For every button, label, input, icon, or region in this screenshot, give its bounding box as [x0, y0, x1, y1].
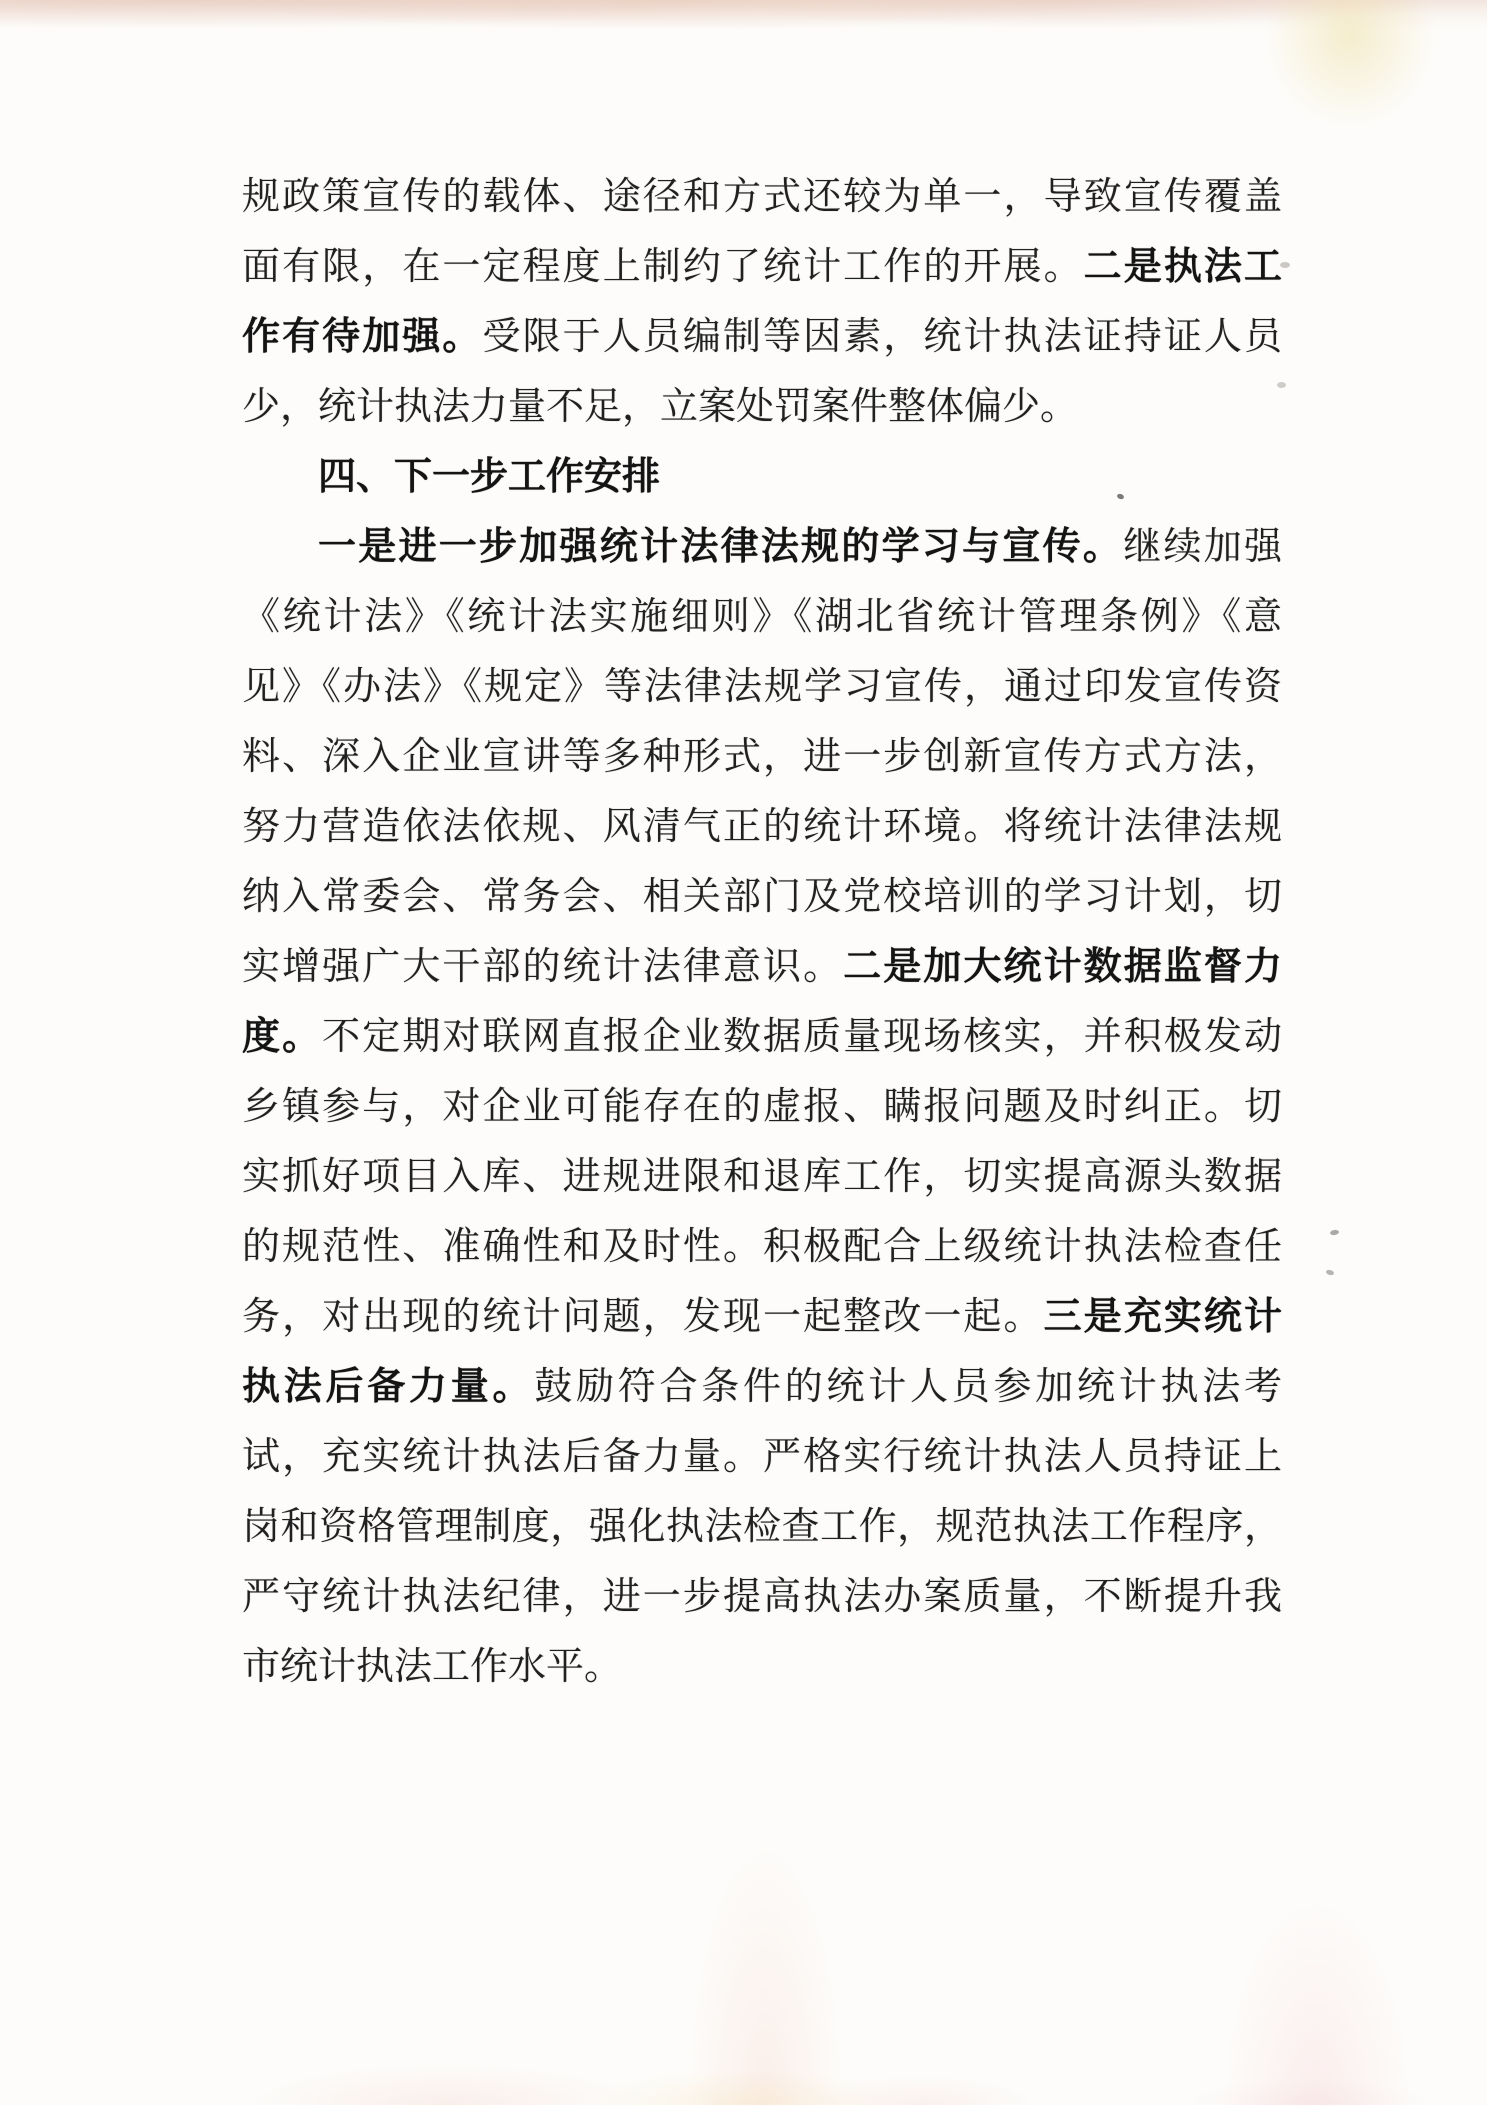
body-text: 鼓励符合条件的统计人员参加统计执法考: [534, 1366, 1282, 1408]
body-text: 面有限，在一定程度上制约了统计工作的开展。: [242, 246, 1084, 288]
document-text-block: 规政策宣传的载体、途径和方式还较为单一，导致宣传覆盖面有限，在一定程度上制约了统…: [242, 162, 1282, 1702]
body-text: 严守统计执法纪律，进一步提高执法办案质量，不断提升我: [242, 1576, 1282, 1618]
ink-speck: [1325, 1269, 1334, 1276]
text-line-16: 的规范性、准确性和及时性。积极配合上级统计执法检查任: [242, 1212, 1282, 1282]
body-text: 的规范性、准确性和及时性。积极配合上级统计执法检查任: [242, 1226, 1282, 1268]
text-line-8: 见》《办法》《规定》等法律法规学习宣传，通过印发宣传资: [242, 652, 1282, 722]
text-line-14: 乡镇参与，对企业可能存在的虚报、瞒报问题及时纠正。切: [242, 1072, 1282, 1142]
emphasis-text: 执法后备力量。: [242, 1366, 534, 1408]
text-line-6: 一是进一步加强统计法律法规的学习与宣传。继续加强: [242, 512, 1282, 582]
text-line-11: 纳入常委会、常务会、相关部门及党校培训的学习计划，切: [242, 862, 1282, 932]
text-line-15: 实抓好项目入库、进规进限和退库工作，切实提高源头数据: [242, 1142, 1282, 1212]
text-line-22: 市统计执法工作水平。: [242, 1632, 1282, 1702]
body-text: 继续加强: [1123, 526, 1282, 568]
scan-artifact-pink-streak-right: [1190, 1790, 1420, 2105]
body-text: 少，统计执法力量不足，立案处罚案件整体偏少。: [242, 386, 1078, 428]
text-line-10: 努力营造依法依规、风清气正的统计环境。将统计法律法规: [242, 792, 1282, 862]
body-text: 纳入常委会、常务会、相关部门及党校培训的学习计划，切: [242, 876, 1282, 918]
text-line-12: 实增强广大干部的统计法律意识。二是加大统计数据监督力: [242, 932, 1282, 1002]
scanned-document-page: 规政策宣传的载体、途径和方式还较为单一，导致宣传覆盖面有限，在一定程度上制约了统…: [0, 0, 1487, 2105]
text-line-13: 度。不定期对联网直报企业数据质量现场核实，并积极发动: [242, 1002, 1282, 1072]
text-line-1: 规政策宣传的载体、途径和方式还较为单一，导致宣传覆盖: [242, 162, 1282, 232]
text-line-7: 《统计法》《统计法实施细则》《湖北省统计管理条例》《意: [242, 582, 1282, 652]
body-text: 市统计执法工作水平。: [242, 1646, 622, 1688]
body-text: 规政策宣传的载体、途径和方式还较为单一，导致宣传覆盖: [242, 176, 1282, 218]
body-text: 实抓好项目入库、进规进限和退库工作，切实提高源头数据: [242, 1156, 1282, 1198]
body-text: 务，对出现的统计问题，发现一起整改一起。: [242, 1296, 1044, 1338]
scan-artifact-top-edge: [0, 0, 1487, 40]
emphasis-text: 三是充实统计: [1044, 1296, 1282, 1338]
section-heading: 四、下一步工作安排: [242, 442, 1282, 512]
body-text: 不定期对联网直报企业数据质量现场核实，并积极发动: [322, 1016, 1282, 1058]
body-text: 岗和资格管理制度，强化执法检查工作，规范执法工作程序，: [242, 1506, 1282, 1548]
body-text: 实增强广大干部的统计法律意识。: [242, 946, 843, 988]
text-line-20: 岗和资格管理制度，强化执法检查工作，规范执法工作程序，: [242, 1492, 1282, 1562]
text-line-18: 执法后备力量。鼓励符合条件的统计人员参加统计执法考: [242, 1352, 1282, 1422]
scan-artifact-pink-streak-center: [670, 1690, 860, 2105]
ink-speck: [1330, 1229, 1340, 1235]
text-line-9: 料、深入企业宣讲等多种形式，进一步创新宣传方式方法，: [242, 722, 1282, 792]
text-line-21: 严守统计执法纪律，进一步提高执法办案质量，不断提升我: [242, 1562, 1282, 1632]
scan-artifact-bottom-edge: [0, 2040, 1487, 2105]
body-text: 见》《办法》《规定》等法律法规学习宣传，通过印发宣传资: [242, 666, 1282, 708]
body-text: 《统计法》《统计法实施细则》《湖北省统计管理条例》《意: [242, 596, 1282, 638]
emphasis-text: 度。: [242, 1016, 322, 1058]
body-text: 试，充实统计执法后备力量。严格实行统计执法人员持证上: [242, 1436, 1282, 1478]
text-line-19: 试，充实统计执法后备力量。严格实行统计执法人员持证上: [242, 1422, 1282, 1492]
body-text: 努力营造依法依规、风清气正的统计环境。将统计法律法规: [242, 806, 1282, 848]
text-line-3: 作有待加强。受限于人员编制等因素，统计执法证持证人员: [242, 302, 1282, 372]
emphasis-text: 作有待加强。: [242, 316, 482, 358]
text-line-17: 务，对出现的统计问题，发现一起整改一起。三是充实统计: [242, 1282, 1282, 1352]
text-line-2: 面有限，在一定程度上制约了统计工作的开展。二是执法工: [242, 232, 1282, 302]
body-text: 料、深入企业宣讲等多种形式，进一步创新宣传方式方法，: [242, 736, 1282, 778]
emphasis-text: 二是加大统计数据监督力: [843, 946, 1282, 988]
emphasis-text: 二是执法工: [1084, 246, 1282, 288]
emphasis-text: 一是进一步加强统计法律法规的学习与宣传。: [318, 526, 1123, 568]
text-line-4: 少，统计执法力量不足，立案处罚案件整体偏少。: [242, 372, 1282, 442]
body-text: 受限于人员编制等因素，统计执法证持证人员: [482, 316, 1282, 358]
body-text: 乡镇参与，对企业可能存在的虚报、瞒报问题及时纠正。切: [242, 1086, 1282, 1128]
emphasis-text: 四、下一步工作安排: [318, 456, 660, 498]
